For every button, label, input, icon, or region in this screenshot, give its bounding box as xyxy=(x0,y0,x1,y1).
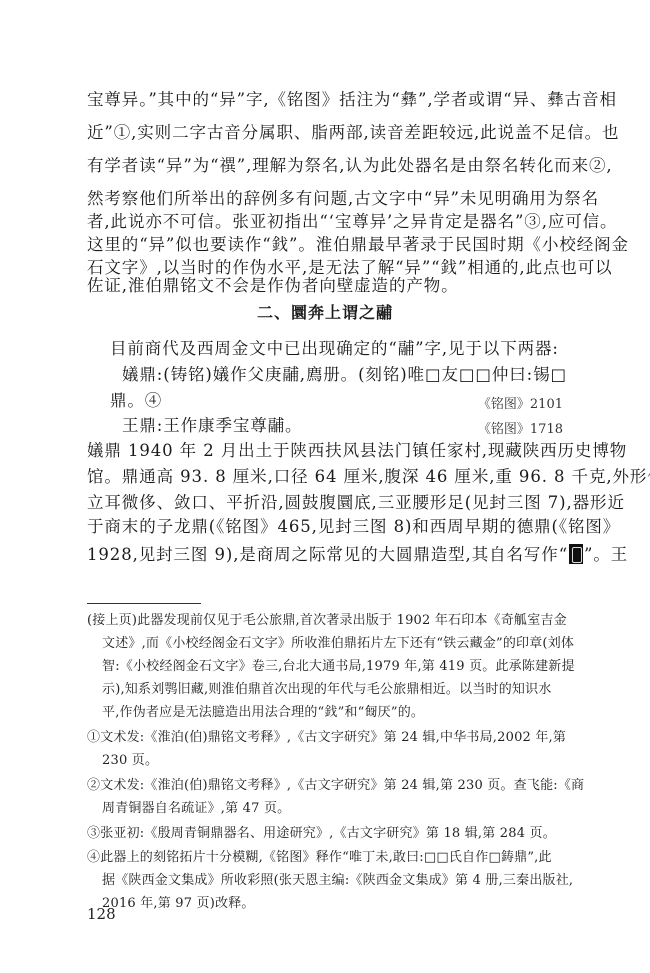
section-heading: 二、圜奔上谓之鬴 xyxy=(0,300,650,323)
body-text-line: 近”①,实则二字古音分属职、脂两部,读音差距较远,此说盖不足信。也 xyxy=(87,122,565,144)
body-text-line: 然考察他们所举出的辞例多有问题,古文字中“异”未见明确用为祭名 xyxy=(87,188,565,210)
example-2-reference: 《铭图》1718 xyxy=(478,418,563,437)
body-text-line: 嬟鼎 1940 年 2 月出土于陕西扶风县法门镇任家村,现藏陕西历史博物 xyxy=(87,440,565,462)
footnote-divider xyxy=(87,603,201,604)
footnote-4: ④此器上的刻铭拓片十分模糊,《铭图》释作“唯丁未,敢曰:□□氏自作□鋳鼎”,此 xyxy=(87,847,565,868)
footnote-1-cont: 230 页。 xyxy=(102,750,565,771)
example-1-line: 嬟鼎:(铸铭)嬟作父庚鬴,廌册。(刻铭)唯□友□□仲曰:锡□ xyxy=(122,364,565,386)
body-text-line: 立耳微侈、敛口、平折沿,圆鼓腹圜底,三亚腰形足(见封三图 7),器形近 xyxy=(87,492,565,514)
page-number: 128 xyxy=(87,905,116,923)
text-after-glyph: ”。王 xyxy=(584,545,628,564)
body-text-line: 宝尊异。”其中的“异”字,《铭图》括注为“彝”,学者或谓“异、彝古音相 xyxy=(87,89,565,111)
body-text-line: 于商末的子龙鼎(《铭图》465,见封三图 8)和西周早期的德鼎(《铭图》 xyxy=(87,516,565,538)
footnote-4-cont: 2016 年,第 97 页)改释。 xyxy=(102,893,565,914)
footnote-continued-line: (接上页)此器发现前仅见于毛公旅鼎,首次著录出版于 1902 年石印本《奇觚室吉… xyxy=(87,610,565,631)
intro-line: 目前商代及西周金文中已出现确定的“鬴”字,见于以下两器: xyxy=(110,338,565,360)
footnote-2-cont: 周青铜器自名疏证》,第 47 页。 xyxy=(102,798,565,819)
example-1-reference: 《铭图》2101 xyxy=(478,393,563,412)
book-page: 宝尊异。”其中的“异”字,《铭图》括注为“彝”,学者或谓“异、彝古音相 近”①,… xyxy=(0,0,650,973)
body-text-line-with-glyph: 1928,见封三图 9),是商周之际常见的大圆鼎造型,其自名写作“”。王 xyxy=(87,544,565,566)
footnote-continued-line: 平,作伪者应是无法臆造出用法合理的“鈛”和“匓厌”的。 xyxy=(102,702,565,723)
text-before-glyph: 1928,见封三图 9),是商周之际常见的大圆鼎造型,其自名写作“ xyxy=(87,545,568,564)
inscription-glyph-image xyxy=(569,544,583,564)
body-text-line: 佐证,淮伯鼎铭文不会是作伪者向壁虚造的产物。 xyxy=(87,275,565,297)
footnote-continued-line: 智:《小校经阁金石文字》卷三,台北大通书局,1979 年,第 419 页。此承陈… xyxy=(102,656,565,677)
body-text-line: 这里的“异”似也要读作“鈛”。淮伯鼎最早著录于民国时期《小校经阁金 xyxy=(87,234,565,256)
footnote-1: ①文术发:《淮泊(伯)鼎铭文考释》,《古文字研究》第 24 辑,中华书局,200… xyxy=(87,727,565,748)
footnote-4-cont: 据《陕西金文集成》所收彩照(张天恩主编:《陕西金文集成》第 4 册,三秦出版社, xyxy=(102,870,565,891)
footnote-3: ③张亚初:《殷周青铜鼎器名、用途研究》,《古文字研究》第 18 辑,第 284 … xyxy=(87,823,565,844)
footnote-continued-line: 文述》,而《小校经阁金石文字》所收淮伯鼎拓片左下还有“铁云藏金”的印章(刘体 xyxy=(102,633,565,654)
body-text-line: 馆。鼎通高 93. 8 厘米,口径 64 厘米,腹深 46 厘米,重 96. 8… xyxy=(87,466,565,488)
body-text-line: 者,此说亦不可信。张亚初指出“‘宝尊异’之异肯定是器名”③,应可信。 xyxy=(87,211,565,233)
body-text-line: 有学者读“异”为“禩”,理解为祭名,认为此处器名是由祭名转化而来②, xyxy=(87,155,565,177)
footnote-2: ②文术发:《淮泊(伯)鼎铭文考释》,《古文字研究》第 24 辑,第 230 页。… xyxy=(87,775,565,796)
footnote-continued-line: 示),知系刘鹗旧藏,则淮伯鼎首次出现的年代与毛公旅鼎相近。以当时的知识水 xyxy=(102,679,565,700)
